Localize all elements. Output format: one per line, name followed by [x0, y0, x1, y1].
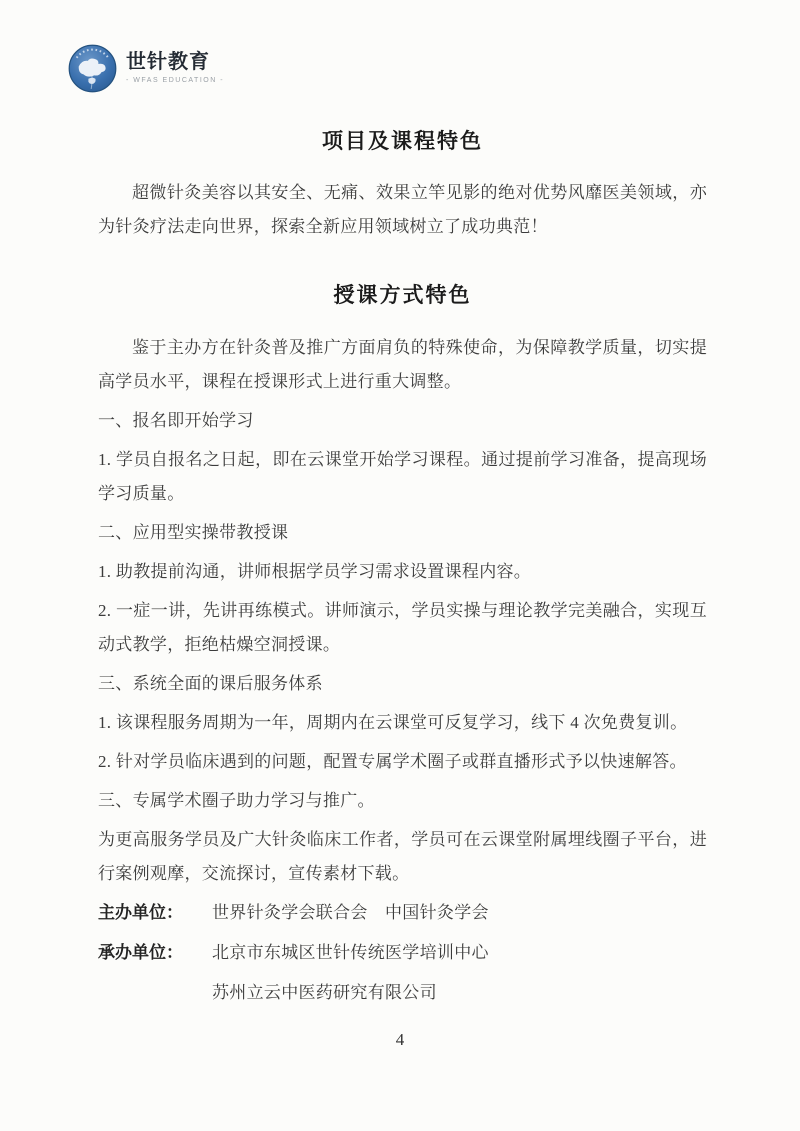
organizer-row-host: 主办单位：世界针灸学会联合会 中国针灸学会: [98, 896, 707, 930]
organizer-value: 世界针灸学会联合会 中国针灸学会: [212, 903, 489, 922]
globe-icon: [68, 44, 117, 93]
organizer-label: 承办单位：: [98, 936, 212, 970]
section-title-project-features: 项目及课程特色: [98, 126, 707, 156]
section-title-teaching-features: 授课方式特色: [98, 280, 707, 310]
organizer-row-undertaker-2: 苏州立云中医药研究有限公司: [98, 976, 707, 1010]
paragraph-project-intro: 超微针灸美容以其安全、无痛、效果立竿见影的绝对优势风靡医美领域，亦为针灸疗法走向…: [98, 176, 707, 244]
document-content: 项目及课程特色 超微针灸美容以其安全、无痛、效果立竿见影的绝对优势风靡医美领域，…: [0, 0, 800, 1010]
list-item: 1. 助教提前沟通，讲师根据学员学习需求设置课程内容。: [98, 555, 707, 589]
list-item: 为更高服务学员及广大针灸临床工作者，学员可在云课堂附属埋线圈子平台，进行案例观摩…: [98, 823, 707, 891]
list-item: 1. 该课程服务周期为一年，周期内在云课堂可反复学习，线下 4 次免费复训。: [98, 706, 707, 740]
list-item: 二、应用型实操带教授课: [98, 516, 707, 550]
page-number: 4: [0, 1023, 800, 1057]
document-page: 世针教育 - WFAS EDUCATION - 项目及课程特色 超微针灸美容以其…: [0, 0, 800, 1131]
paragraph-teaching-lead: 鉴于主办方在针灸普及推广方面肩负的特殊使命，为保障教学质量，切实提高学员水平，课…: [98, 331, 707, 399]
organizer-label: 主办单位：: [98, 896, 212, 930]
list-item: 2. 一症一讲，先讲再练模式。讲师演示，学员实操与理论教学完美融合，实现互动式教…: [98, 594, 707, 662]
organizer-value: 苏州立云中医药研究有限公司: [212, 983, 437, 1002]
brand-name-cn: 世针教育: [126, 50, 224, 74]
brand-name-en: - WFAS EDUCATION -: [126, 77, 224, 84]
organizer-value: 北京市东城区世针传统医学培训中心: [212, 943, 489, 962]
list-item: 1. 学员自报名之日起，即在云课堂开始学习课程。通过提前学习准备，提高现场学习质…: [98, 443, 707, 511]
list-item: 三、系统全面的课后服务体系: [98, 667, 707, 701]
list-item: 2. 针对学员临床遇到的问题，配置专属学术圈子或群直播形式予以快速解答。: [98, 745, 707, 779]
list-item: 一、报名即开始学习: [98, 404, 707, 438]
brand-text: 世针教育 - WFAS EDUCATION -: [126, 44, 224, 84]
brand-logo: 世针教育 - WFAS EDUCATION -: [68, 44, 224, 93]
list-item: 三、专属学术圈子助力学习与推广。: [98, 784, 707, 818]
organizer-row-undertaker: 承办单位：北京市东城区世针传统医学培训中心: [98, 936, 707, 970]
